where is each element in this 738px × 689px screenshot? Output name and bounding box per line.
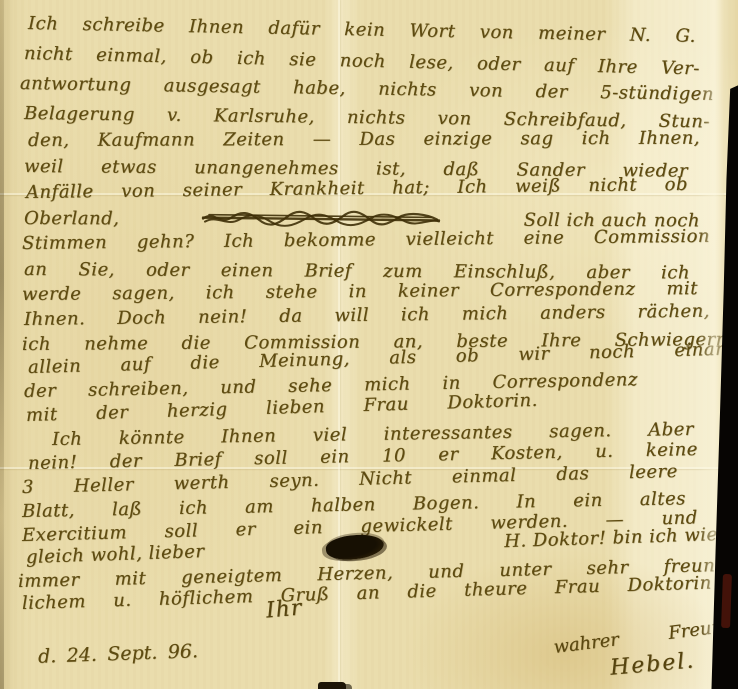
letter-date: d. 24. Sept. 96. — [38, 640, 199, 668]
letter-line: Ich schreibe Ihnen dafür kein Wort von m… — [28, 12, 696, 49]
letter-line: den, Kaufmann Zeiten — Das einzige sag i… — [28, 127, 700, 153]
letter-paper: Ich schreibe Ihnen dafür kein Wort von m… — [0, 0, 738, 689]
letter-body: Ich schreibe Ihnen dafür kein Wort von m… — [0, 0, 738, 689]
ink-blot — [324, 532, 384, 563]
paper-edge-red-fleck — [721, 574, 732, 628]
letter-closing: Ihr — [265, 595, 303, 623]
scan-left-edge-shadow — [0, 0, 4, 689]
signature-name: Hebel. — [609, 648, 696, 680]
bottom-edge-smudge — [318, 682, 346, 689]
letter-line-text: Oberland, — [24, 207, 119, 231]
